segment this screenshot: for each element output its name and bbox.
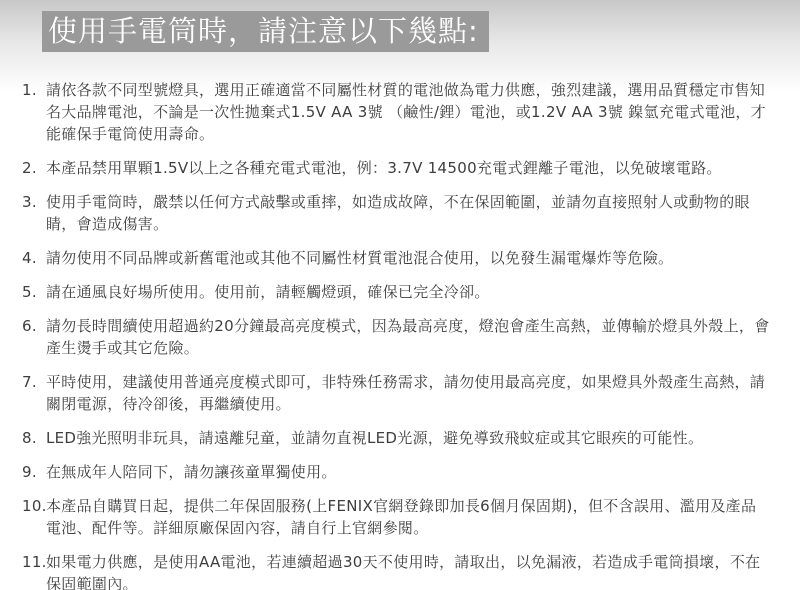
page-title: 使用手電筒時，請注意以下幾點: [42,11,489,52]
list-item: 6. 請勿長時間續使用超過約20分鐘最高亮度模式，因為最高亮度，燈泡會產生高熱，… [22,315,770,359]
list-item: 10. 本產品自購買日起，提供二年保固服務(上FENIX官網登錄即加長6個月保固… [22,495,770,539]
list-item-text: 本產品禁用單顆1.5V以上之各種充電式電池，例：3.7V 14500充電式鋰離子… [46,157,770,179]
list-item-number: 2. [22,157,46,179]
list-item-text: 請在通風良好場所使用。使用前，請輕觸燈頭，確保已完全冷卻。 [46,281,770,303]
list-item: 9. 在無成年人陪同下，請勿讓孩童單獨使用。 [22,461,770,483]
list-item: 3. 使用手電筒時，嚴禁以任何方式敲擊或重摔，如造成故障，不在保固範圍，並請勿直… [22,191,770,235]
list-item-number: 6. [22,315,46,337]
list-item-text: 在無成年人陪同下，請勿讓孩童單獨使用。 [46,461,770,483]
list-item-text: 使用手電筒時，嚴禁以任何方式敲擊或重摔，如造成故障，不在保固範圍，並請勿直接照射… [46,191,770,235]
list-item: 7. 平時使用，建議使用普通亮度模式即可，非特殊任務需求，請勿使用最高亮度，如果… [22,371,770,415]
list-item: 4. 請勿使用不同品牌或新舊電池或其他不同屬性材質電池混合使用，以免發生漏電爆炸… [22,247,770,269]
list-item-number: 4. [22,247,46,269]
list-item-number: 1. [22,79,46,101]
instruction-page: 使用手電筒時，請注意以下幾點: 1. 請依各款不同型號燈具，選用正確適當不同屬性… [0,0,800,590]
list-item: 1. 請依各款不同型號燈具，選用正確適當不同屬性材質的電池做為電力供應，強烈建議… [22,79,770,145]
list-item: 2. 本產品禁用單顆1.5V以上之各種充電式電池，例：3.7V 14500充電式… [22,157,770,179]
list-item-text: 請勿使用不同品牌或新舊電池或其他不同屬性材質電池混合使用，以免發生漏電爆炸等危險… [46,247,770,269]
list-item-text: 請依各款不同型號燈具，選用正確適當不同屬性材質的電池做為電力供應，強烈建議，選用… [46,79,770,145]
list-item-number: 8. [22,427,46,449]
list-item-text: 平時使用，建議使用普通亮度模式即可，非特殊任務需求，請勿使用最高亮度，如果燈具外… [46,371,770,415]
list-item: 5. 請在通風良好場所使用。使用前，請輕觸燈頭，確保已完全冷卻。 [22,281,770,303]
list-item: 8. LED強光照明非玩具，請遠離兒童，並請勿直視LED光源，避免導致飛蚊症或其… [22,427,770,449]
list-item-text: 本產品自購買日起，提供二年保固服務(上FENIX官網登錄即加長6個月保固期)，但… [46,495,770,539]
list-item-number: 5. [22,281,46,303]
list-item-text: 請勿長時間續使用超過約20分鐘最高亮度模式，因為最高亮度，燈泡會產生高熱，並傳輸… [46,315,770,359]
list-item-text: 如果電力供應，是使用AA電池，若連續超過30天不使用時，請取出，以免漏液，若造成… [46,551,770,590]
list-item-number: 3. [22,191,46,213]
list-item-text: LED強光照明非玩具，請遠離兒童，並請勿直視LED光源，避免導致飛蚊症或其它眼疾… [46,427,770,449]
list-item-number: 7. [22,371,46,393]
list-item-number: 10. [22,495,46,517]
notes-list: 1. 請依各款不同型號燈具，選用正確適當不同屬性材質的電池做為電力供應，強烈建議… [0,79,800,590]
list-item-number: 9. [22,461,46,483]
list-item-number: 11. [22,551,46,573]
list-item: 11. 如果電力供應，是使用AA電池，若連續超過30天不使用時，請取出，以免漏液… [22,551,770,590]
